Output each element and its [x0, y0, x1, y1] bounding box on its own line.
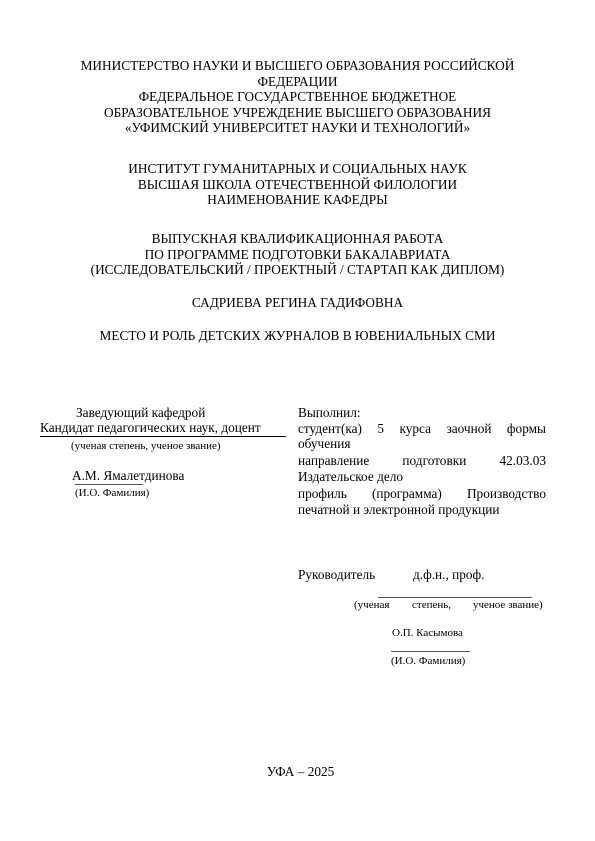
head-degree-underline [40, 436, 286, 437]
head-name: А.М. Ямалетдинова [72, 468, 184, 484]
institute-block: ИНСТИТУТ ГУМАНИТАРНЫХ И СОЦИАЛЬНЫХ НАУК … [0, 161, 595, 208]
supervisor-name-underline [391, 651, 470, 652]
ministry-line: ФЕДЕРАЛЬНОЕ ГОСУДАРСТВЕННОЕ БЮДЖЕТНОЕ [0, 89, 595, 105]
author-name: САДРИЕВА РЕГИНА ГАДИФОВНА [0, 295, 595, 311]
student-course: студент(ка) 5 курса заочной формы [298, 421, 546, 437]
head-role: Заведующий кафедрой [76, 405, 205, 421]
city-year: УФА – 2025 [3, 764, 595, 780]
work-type-line: ВЫПУСКНАЯ КВАЛИФИКАЦИОННАЯ РАБОТА [0, 231, 595, 247]
supervisor-caption-1: (ученая [354, 599, 389, 611]
department-name: НАИМЕНОВАНИЕ КАФЕДРЫ [0, 192, 595, 208]
ministry-header: МИНИСТЕРСТВО НАУКИ И ВЫСШЕГО ОБРАЗОВАНИЯ… [0, 58, 595, 136]
student-profile-name: печатной и электронной продукции [298, 502, 546, 518]
supervisor-label: Руководитель [298, 567, 375, 583]
supervisor-degree: д.ф.н., проф. [413, 567, 484, 583]
institute-name: ИНСТИТУТ ГУМАНИТАРНЫХ И СОЦИАЛЬНЫХ НАУК [0, 161, 595, 177]
supervisor-name-caption: (И.О. Фамилия) [391, 655, 465, 667]
student-profile: профиль (программа) Производство [298, 486, 546, 502]
ministry-line: ФЕДЕРАЦИИ [0, 74, 595, 90]
head-name-caption: (И.О. Фамилия) [75, 487, 149, 499]
work-type-line: ПО ПРОГРАММЕ ПОДГОТОВКИ БАКАЛАВРИАТА [0, 247, 595, 263]
ministry-line: ОБРАЗОВАТЕЛЬНОЕ УЧРЕЖДЕНИЕ ВЫСШЕГО ОБРАЗ… [0, 105, 595, 121]
supervisor-degree-underline [378, 597, 532, 598]
school-name: ВЫСШАЯ ШКОЛА ОТЕЧЕСТВЕННОЙ ФИЛОЛОГИИ [0, 177, 595, 193]
supervisor-name: О.П. Касымова [392, 627, 463, 639]
head-degree: Кандидат педагогических наук, доцент [40, 420, 261, 436]
ministry-line: МИНИСТЕРСТВО НАУКИ И ВЫСШЕГО ОБРАЗОВАНИЯ… [0, 58, 595, 74]
work-type-line: (ИССЛЕДОВАТЕЛЬСКИЙ / ПРОЕКТНЫЙ / СТАРТАП… [0, 262, 595, 278]
head-name-underline [75, 484, 143, 485]
student-direction-name: Издательское дело [298, 469, 546, 485]
head-degree-caption: (ученая степень, ученое звание) [71, 440, 221, 452]
supervisor-caption-3: ученое звание) [473, 599, 543, 611]
supervisor-caption-2: степень, [412, 599, 451, 611]
work-type-block: ВЫПУСКНАЯ КВАЛИФИКАЦИОННАЯ РАБОТА ПО ПРО… [0, 231, 595, 278]
student-label: Выполнил: [298, 405, 361, 421]
student-study-form: обучения [298, 436, 546, 452]
student-direction: направление подготовки 42.03.03 [298, 453, 546, 469]
thesis-title: МЕСТО И РОЛЬ ДЕТСКИХ ЖУРНАЛОВ В ЮВЕНИАЛЬ… [0, 328, 595, 344]
university-name: «УФИМСКИЙ УНИВЕРСИТЕТ НАУКИ И ТЕХНОЛОГИЙ… [0, 120, 595, 136]
